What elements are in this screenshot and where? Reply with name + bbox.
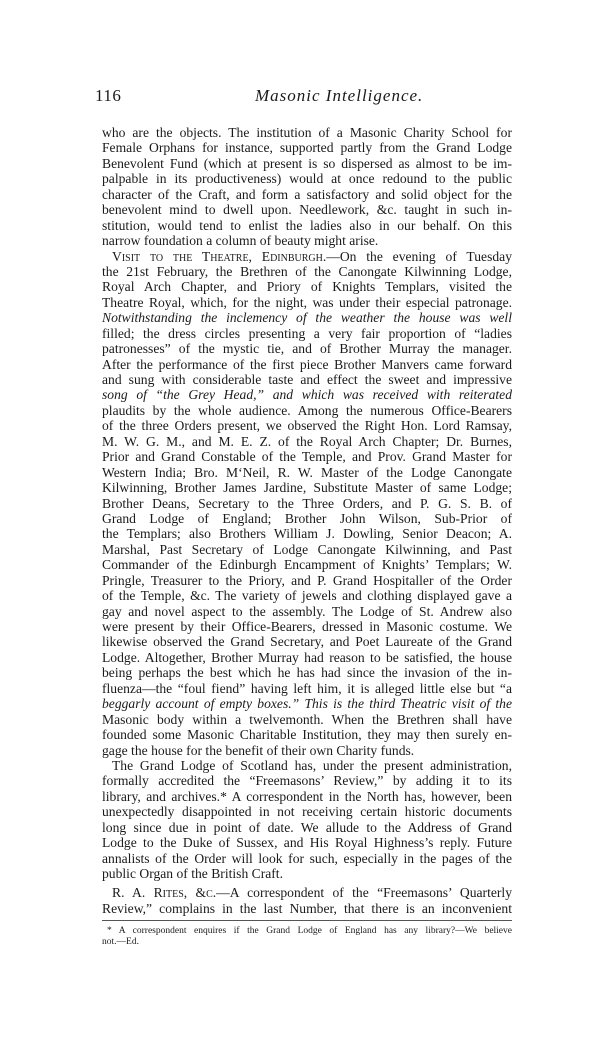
text-line: of the Temple, &c. The variety of jewels… [102,588,512,603]
text-line: gay and novel aspect to the assembly. Th… [102,604,512,619]
text-line: the 21st February, the Brethren of the C… [102,264,512,279]
text-line: Lodge. Altogether, Brother Murray had re… [102,650,512,665]
text-line: fluenza—the “foul fiend” having left him… [102,681,512,696]
text-line: long since due in point of date. We allu… [102,820,512,835]
text-line: M. W. G. M., and M. E. Z. of the Royal A… [102,434,512,449]
text-line: library, and archives.* A correspondent … [102,789,512,804]
text-line: Commander of the Edinburgh Encampment of… [102,557,512,572]
running-head: 116 Masonic Intelligence. [95,86,515,108]
footnote: * A correspondent enquires if the Grand … [102,926,512,947]
text-line: stitution, would tend to enlist the ladi… [102,218,512,233]
text-line: Masonic body within a twelvemonth. When … [102,712,512,727]
page-number: 116 [95,86,121,106]
text-line: song of “the Grey Head,” and which was r… [102,387,512,402]
text-line: gage the house for the benefit of their … [102,743,512,758]
text-line: narrow foundation a column of beauty mig… [102,233,512,248]
text-line: Notwithstanding the inclemency of the we… [102,310,512,325]
text-line: beggarly account of empty boxes.” This i… [102,696,512,711]
section-heading: R. A. Rites, &c. [112,885,216,900]
text-line: Prior and Grand Constable of the Temple,… [102,449,512,464]
text-line: public Organ of the British Craft. [102,866,512,881]
text-line: Kilwinning, Brother James Jardine, Subst… [102,480,512,495]
footnote-divider [102,920,512,921]
text-line: benevolent mind to dwell upon. Needlewor… [102,202,512,217]
text-line: Western India; Bro. M‘Neil, R. W. Master… [102,465,512,480]
text-line: Brother Deans, Secretary to the Three Or… [102,496,512,511]
body-text: who are the objects. The institution of … [102,125,512,916]
text-line: patronesses” of the mystic tie, and of B… [102,341,512,356]
book-page: 116 Masonic Intelligence. who are the ob… [0,0,600,1045]
text-line: Female Orphans for instance, supported p… [102,140,512,155]
text-line: formally accredited the “Freemasons’ Rev… [102,773,512,788]
text-line: likewise observed the Grand Secretary, a… [102,634,512,649]
paragraph-start: R. A. Rites, &c.—A correspondent of the … [102,885,512,900]
text-line: of the three Orders present, we observed… [102,418,512,433]
text-line: were present by their Office-Bearers, dr… [102,619,512,634]
text-line: who are the objects. The institution of … [102,125,512,140]
text-line: After the performance of the first piece… [102,357,512,372]
text-line: Grand Lodge of England; Brother John Wil… [102,511,512,526]
text-line: plaudits by the whole audience. Among th… [102,403,512,418]
text-line: and sung with considerable taste and eff… [102,372,512,387]
text-line: being perhaps the best which he has had … [102,665,512,680]
text-line: founded some Masonic Charitable Institut… [102,727,512,742]
text-line: Marshal, Past Secretary of Lodge Canonga… [102,542,512,557]
text-line: Lodge to the Duke of Sussex, and His Roy… [102,835,512,850]
text-line: annalists of the Order will look for suc… [102,851,512,866]
text-line: Royal Arch Chapter, and Priory of Knight… [102,279,512,294]
paragraph-start: The Grand Lodge of Scotland has, under t… [102,758,512,773]
text-line: Benevolent Fund (which at present is so … [102,156,512,171]
text-line: the Templars; also Brothers William J. D… [102,526,512,541]
text-line: Review,” complains in the last Number, t… [102,901,512,916]
text-line: unexpectedly disappointed in not receivi… [102,804,512,819]
running-title: Masonic Intelligence. [255,86,423,106]
text-line: character of the Craft, and form a satis… [102,187,512,202]
paragraph-start: Visit to the Theatre, Edinburgh.—On the … [102,249,512,264]
text-line: palpable in its productiveness) would at… [102,171,512,186]
footnote-line: not.—Ed. [102,937,512,948]
text-line: Theatre Royal, which, for the night, was… [102,295,512,310]
text-line: filled; the dress circles presenting a v… [102,326,512,341]
section-heading: Visit to the Theatre, Edinburgh. [112,249,326,264]
text-line: Pringle, Treasurer to the Priory, and P.… [102,573,512,588]
footnote-line: * A correspondent enquires if the Grand … [102,926,512,937]
